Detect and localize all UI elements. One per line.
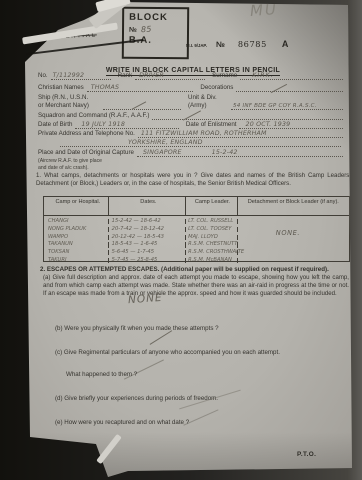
table-row: TAKANUN 18-5-43 — 1-6-45 R.S.M. CHESTNUT… [44, 241, 349, 249]
field-row-address: Private Address and Telephone No. 111 FI… [38, 130, 350, 138]
address-value-line2: YORKSHIRE, ENGLAND [60, 139, 341, 147]
camp-cell: CHANGI [44, 219, 109, 224]
ref-grade-letter: A [282, 39, 289, 49]
pencil-slash [183, 409, 218, 426]
table-row: NONG PLADUK 20-7-42 — 18-12-42 LT. COL. … [44, 226, 349, 234]
pto-label: P.T.O. [297, 451, 316, 458]
unit-label-line2: (Army) [188, 102, 228, 110]
camps-table: Camp or Hospital. Dates. Camp Leader. De… [43, 196, 350, 262]
pencil-slash [271, 84, 288, 94]
surname-value: KIRK. [240, 73, 274, 79]
field-row-address2: YORKSHIRE, ENGLAND [60, 139, 348, 147]
stamp-ba: B.A. [129, 35, 187, 48]
christian-names-label: Christian Names [38, 84, 84, 92]
capture-date-value: 15-2-42 [182, 150, 238, 156]
capture-value-line: SINGAPORE 15-2-42 [137, 149, 343, 157]
camp-cell: TOKSAN [44, 250, 109, 255]
table-row: TAKURI 5-7-45 — 25-8-45 R.S.M. McBANAN [44, 256, 349, 264]
leader-cell: R.S.M. CROSTHWAITE [186, 250, 238, 255]
christian-names-value: THOMAS [87, 85, 119, 91]
dob-value: 19 JULY 1918 [75, 122, 125, 128]
dates-cell: 15-2-42 — 18-6-42 [109, 219, 186, 224]
block-number-stamp: BLOCK № 85 B.A. [122, 7, 189, 60]
question-1-text: 1. What camps, detachments or hospitals … [36, 172, 351, 188]
dates-cell: 20-7-42 — 18-12-42 [109, 227, 186, 232]
scanned-form-page: CONFIDENTIAL BLOCK № 85 B.A. M.I. 9/JAP.… [0, 0, 362, 480]
capture-note-line2: and date of a/c crash). [38, 165, 350, 172]
table-row: WAMPO 20-12-42 — 18-5-43 MAJ. LLOYD [44, 233, 349, 241]
table-row: CHANGI 15-2-42 — 18-6-42 LT. COL. RUSSEL… [44, 218, 349, 226]
table-row: TOKSAN 5-6-45 — 1-7-45 R.S.M. CROSTHWAIT… [44, 249, 349, 257]
unit-value: 54 INF BDE GP COY R.A.S.C. [231, 103, 317, 109]
pencil-slash [183, 110, 201, 121]
address-label: Private Address and Telephone No. [38, 130, 135, 138]
camp-cell: TAKANUN [44, 242, 109, 247]
ship-value-line [103, 102, 181, 110]
field-row-service: Ship (R.N., U.S.N. or Merchant Navy) Uni… [38, 94, 350, 110]
leader-cell: R.S.M. CHESTNUTT [186, 242, 238, 247]
rank-value-line: DRIVER [135, 72, 205, 80]
capture-note-line1: (Aircrew R.A.F. to give place [38, 158, 350, 165]
leader-cell: LT. COL. TOOSEY [186, 227, 238, 232]
question-2-title: 2. ESCAPES OR ATTEMPTED ESCAPES. (Additi… [40, 266, 352, 273]
paper: CONFIDENTIAL BLOCK № 85 B.A. M.I. 9/JAP.… [0, 0, 362, 480]
dates-cell: 5-6-45 — 1-7-45 [109, 250, 186, 255]
camp-cell: TAKURI [44, 258, 109, 263]
unit-label-line1: Unit & Div. [188, 94, 228, 102]
camps-table-body: CHANGI 15-2-42 — 18-6-42 LT. COL. RUSSEL… [44, 216, 349, 264]
decorations-value-line [236, 84, 343, 92]
question-2e-text: (e) How were you recaptured and on what … [55, 419, 189, 427]
camp-cell: NONG PLADUK [44, 227, 109, 232]
dob-value-line: 19 JULY 1918 [75, 121, 179, 129]
detachment-answer-none: NONE. [276, 229, 300, 237]
field-row-names: Christian Names THOMAS Decorations [38, 84, 350, 92]
field-row-capture: Place and Date of Original Capture SINGA… [38, 149, 350, 171]
pencil-mark-mu: MU [249, 0, 278, 20]
no-value-line: T/112992 [51, 72, 111, 80]
dates-cell: 18-5-43 — 1-6-45 [109, 242, 186, 247]
squadron-label: Squadron and Command (R.A.F., A.A.F.) [38, 112, 149, 120]
address-value-1: 111 FITZWILLIAM ROAD, ROTHERHAM [138, 131, 267, 137]
surname-value-line: KIRK. [240, 72, 343, 80]
field-row-identity: No. T/112992 Rank DRIVER Surname KIRK. [38, 72, 350, 80]
ship-label-line2: or Merchant Navy) [38, 102, 100, 110]
header-dates: Dates. [109, 197, 186, 215]
squadron-value-line [152, 112, 343, 120]
rank-value: DRIVER [135, 73, 164, 79]
ref-no-symbol: № [216, 40, 225, 49]
dob-label: Date of Birth [38, 121, 72, 129]
surname-label: Surname [212, 72, 237, 80]
question-2b-text: (b) Were you physically fit when you mad… [55, 325, 219, 333]
decorations-label: Decorations [200, 84, 233, 92]
no-label: No. [38, 72, 48, 80]
answer-none-handwritten: NONE [128, 292, 163, 306]
field-row-squadron: Squadron and Command (R.A.F., A.A.F.) [38, 112, 350, 120]
capture-label: Place and Date of Original Capture [38, 149, 134, 157]
mi9-label: M.I. 9/JAP. [186, 43, 207, 48]
ship-label-line1: Ship (R.N., U.S.N. [38, 94, 100, 102]
stamp-block-number-handwritten: 85 [141, 24, 152, 34]
leader-cell: MAJ. LLOYD [186, 235, 238, 240]
header-camp-leader: Camp Leader. [186, 197, 238, 215]
no-value: T/112992 [51, 73, 85, 79]
reference-line: M.I. 9/JAP. № 86785 A [186, 39, 288, 49]
address-value-line1: 111 FITZWILLIAM ROAD, ROTHERHAM [138, 130, 343, 138]
enlistment-value-line: 20 OCT. 1939 [239, 121, 343, 129]
question-2c2-text: What happened to them ? [66, 371, 137, 379]
rank-label: Rank [118, 72, 132, 80]
leader-cell: LT. COL. RUSSELL [186, 219, 238, 224]
camps-table-header: Camp or Hospital. Dates. Camp Leader. De… [44, 197, 349, 216]
ref-serial-number: 86785 [238, 39, 267, 49]
leader-cell: R.S.M. McBANAN [186, 258, 238, 263]
camp-cell: WAMPO [44, 235, 109, 240]
address-value-2: YORKSHIRE, ENGLAND [60, 140, 203, 146]
question-2a-text: (a) Give full description and approx. da… [43, 274, 349, 299]
dates-cell: 20-12-42 — 18-5-43 [109, 235, 186, 240]
enlistment-value: 20 OCT. 1939 [239, 122, 290, 128]
pencil-slash [132, 102, 147, 111]
header-detachment-leader: Detachment or Block Leader (if any). [238, 197, 349, 215]
question-2d-text: (d) Give briefly your experiences during… [55, 395, 218, 403]
unit-value-line: 54 INF BDE GP COY R.A.S.C. [231, 102, 343, 110]
dates-cell: 5-7-45 — 25-8-45 [109, 258, 186, 263]
enlistment-label: Date of Enlistment [186, 121, 237, 129]
stamp-no-symbol: № [129, 27, 137, 35]
stamp-word-block: BLOCK [129, 12, 187, 25]
field-row-dates: Date of Birth 19 JULY 1918 Date of Enlis… [38, 121, 350, 129]
capture-place-value: SINGAPORE [137, 150, 182, 156]
question-2c-text: (c) Give Regimental particulars of anyon… [55, 349, 280, 357]
christian-names-value-line: THOMAS [87, 84, 194, 92]
header-camp-or-hospital: Camp or Hospital. [44, 197, 109, 215]
